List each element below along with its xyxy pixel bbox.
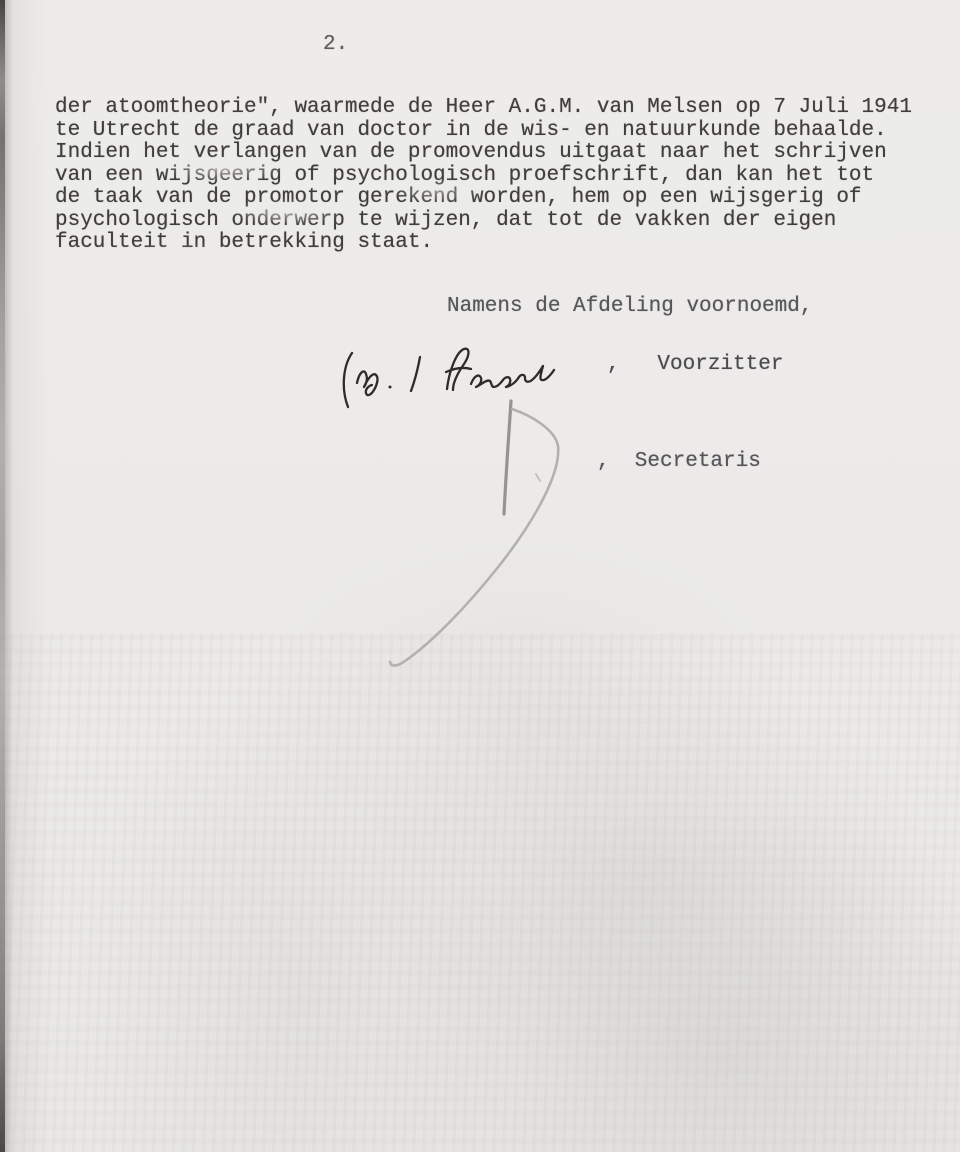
scan-fade-artifact xyxy=(378,175,498,207)
secretaris-title-line: , Secretaris xyxy=(597,451,761,474)
scan-paper-texture xyxy=(0,634,960,1152)
scanned-letter-page: 2. der atoomtheorie", waarmede de Heer A… xyxy=(0,0,960,1152)
pencil-signature xyxy=(390,401,558,666)
page-number: 2. xyxy=(323,34,348,57)
scan-fade-artifact xyxy=(138,152,308,186)
closing-salutation: Namens de Afdeling voornoemd, xyxy=(447,296,812,319)
scan-fade-artifact xyxy=(212,195,362,229)
voorzitter-title-line: , Voorzitter xyxy=(607,354,783,377)
ink-signature xyxy=(344,349,554,407)
scan-fade-artifact xyxy=(40,240,300,270)
